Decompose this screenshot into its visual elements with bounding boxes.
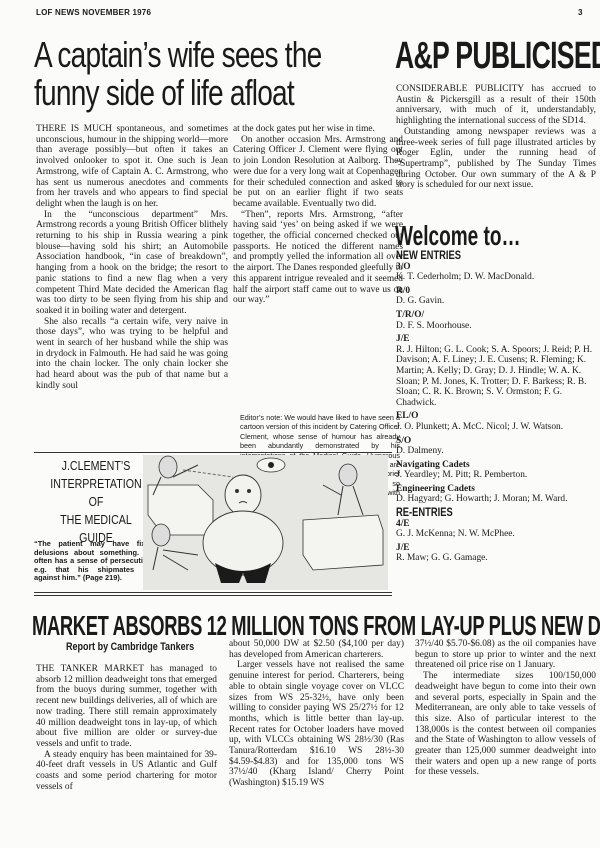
cartoon-caption: “The patient may have fixed delusions ab…: [34, 540, 154, 583]
names: J. Yeardley; M. Pitt; R. Pemberton.: [396, 470, 527, 480]
names: J. O. Plunkett; A. McC. Nicol; J. W. Wat…: [396, 422, 563, 432]
re-entries-heading: RE-ENTRIES: [396, 507, 552, 518]
paragraph: She also recalls “a certain wife, very n…: [36, 317, 228, 392]
paragraph: A steady enquiry has been maintained for…: [36, 750, 217, 793]
article1-column-1: THERE IS MUCH spontaneous, and sometimes…: [36, 124, 228, 392]
cartoon-drawing-icon: [143, 455, 388, 590]
rank-label: Navigating Cadets: [396, 460, 596, 471]
paragraph: THERE IS MUCH spontaneous, and sometimes…: [36, 124, 228, 210]
divider: [34, 595, 392, 596]
names: R. J. Hilton; G. L. Cook; S. A. Spoors; …: [396, 345, 592, 408]
paragraph: On another occasion Mrs. Armstrong and C…: [233, 135, 403, 210]
paragraph: Larger vessels have not realised the sam…: [229, 660, 404, 788]
publication-header: LOF NEWS NOVEMBER 1976: [36, 8, 151, 17]
divider: [34, 452, 392, 453]
headline-line-1: A captain’s wife sees the: [34, 36, 321, 74]
cartoon-illustration: [143, 455, 388, 590]
paragraph: about 50,000 DW at $2.50 ($4,100 per day…: [229, 639, 404, 660]
rank-label: R/0: [396, 286, 596, 297]
paragraph: Outstanding among newspaper reviews was …: [396, 127, 596, 191]
names: D. Dalmeny.: [396, 446, 444, 456]
headline-line-2: funny side of life afloat: [34, 74, 294, 112]
byline: Report by Cambridge Tankers: [66, 641, 222, 653]
paragraph: CONSIDERABLE PUBLICITY has accrued to Au…: [396, 84, 596, 127]
paragraph: at the dock gates put her wise in time.: [233, 124, 403, 135]
new-entries-heading: NEW ENTRIES: [396, 250, 552, 261]
paragraph: THE TANKER MARKET has managed to absorb …: [36, 664, 217, 750]
divider: [34, 592, 392, 593]
names: D. Hagyard; G. Howarth; J. Moran; M. War…: [396, 494, 567, 504]
paragraph: “Then”, reports Mrs. Armstrong, “after h…: [233, 210, 403, 306]
article3-column-3: 37½/40 $5.70-$6.08) as the oil companies…: [415, 639, 596, 778]
rank-label: EL/O: [396, 411, 596, 422]
names: R. Maw; G. G. Gamage.: [396, 553, 488, 563]
rank-label: 3/O: [396, 262, 596, 273]
rank-label: J/E: [396, 334, 596, 345]
cartoon-title: J.CLEMENT’S INTERPRETATION OF THE MEDICA…: [36, 457, 156, 547]
paragraph: The intermediate sizes 100/150,000 deadw…: [415, 671, 596, 778]
rank-label: T/R/O/: [396, 310, 596, 321]
names: D. F. S. Moorhouse.: [396, 321, 472, 331]
names: G. J. McKenna; N. W. McPhee.: [396, 529, 515, 539]
welcome-list: NEW ENTRIES 3/O K. T. Cederholm; D. W. M…: [396, 248, 596, 564]
rank-label: S/O: [396, 436, 596, 447]
article3-column-2: about 50,000 DW at $2.50 ($4,100 per day…: [229, 639, 404, 789]
names: K. T. Cederholm; D. W. MacDonald.: [396, 272, 534, 282]
article2-body: CONSIDERABLE PUBLICITY has accrued to Au…: [396, 84, 596, 191]
rank-label: 4/E: [396, 519, 596, 530]
article-headline-ap-publicised: A&P PUBLICISED: [395, 34, 600, 78]
paragraph: 37½/40 $5.70-$6.08) as the oil companies…: [415, 639, 596, 671]
rank-label: J/E: [396, 543, 596, 554]
article1-column-2: at the dock gates put her wise in time. …: [233, 124, 403, 306]
paragraph: In the “unconscious department” Mrs. Arm…: [36, 210, 228, 317]
article3-column-1: THE TANKER MARKET has managed to absorb …: [36, 664, 217, 792]
article-headline-captains-wife: A captain’s wife sees the funny side of …: [34, 36, 403, 112]
names: D. G. Gavin.: [396, 296, 444, 306]
rank-label: Engineering Cadets: [396, 484, 596, 495]
page-number: 3: [578, 8, 582, 17]
